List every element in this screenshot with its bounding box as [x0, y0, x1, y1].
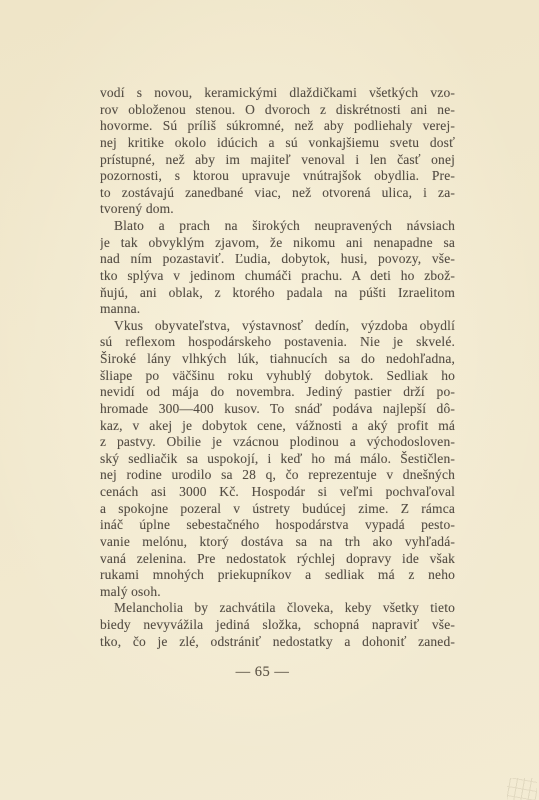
- text-line: hromade 300—400 kusov. To snáď podáva na…: [100, 401, 455, 418]
- text-line: biedy nevyvážila jediná složka, schopná …: [100, 617, 455, 634]
- text-line: kaz, v akej je dobytok cene, vážnosti a …: [100, 418, 455, 435]
- text-line: tvorený dom.: [100, 201, 455, 218]
- text-line: z pastvy. Obilie je vzácnou plodinou a v…: [100, 434, 455, 451]
- text-line: manna.: [100, 301, 455, 318]
- text-line: vodí s novou, keramickými dlaždičkami vš…: [100, 85, 455, 102]
- text-line: vanie melónu, ktorý dostáva sa na trh ak…: [100, 534, 455, 551]
- text-line: nej rodine urodilo sa 28 q, čo reprezent…: [100, 467, 455, 484]
- text-line: Vkus obyvateľstva, výstavnosť dedín, výz…: [100, 318, 455, 335]
- paragraph: Blato a prach na širokých neupravených n…: [100, 218, 455, 318]
- text-line: tko, čo je zlé, odstrániť nedostatky a d…: [100, 634, 455, 651]
- page-number: — 65 —: [85, 664, 440, 681]
- text-line: Blato a prach na širokých neupravených n…: [100, 218, 455, 235]
- text-line: to zostávajú zanedbané viac, než otvoren…: [100, 185, 455, 202]
- text-line: cenách asi 3000 Kč. Hospodár si veľmi po…: [100, 484, 455, 501]
- text-line: vaná zelenina. Pre nedostatok rýchlej do…: [100, 551, 455, 568]
- text-line: ináč úplne sebestačného hospodárstva vyp…: [100, 517, 455, 534]
- text-line: tko splýva v jedinom chumáči prachu. A d…: [100, 268, 455, 285]
- text-line: pozornosti, s ktorou upravuje vnútrajšok…: [100, 168, 455, 185]
- text-line: rov obloženou stenou. O dvoroch z diskré…: [100, 102, 455, 119]
- text-line: hovorme. Sú príliš súkromné, než aby pod…: [100, 118, 455, 135]
- text-line: malý osoh.: [100, 584, 455, 601]
- text-block: vodí s novou, keramickými dlaždičkami vš…: [100, 85, 455, 650]
- paragraph: vodí s novou, keramickými dlaždičkami vš…: [100, 85, 455, 218]
- text-line: ňujú, ani oblak, z ktorého padala na púš…: [100, 285, 455, 302]
- book-page: vodí s novou, keramickými dlaždičkami vš…: [0, 0, 539, 800]
- text-line: nevidí od mája do novembra. Jediný pasti…: [100, 384, 455, 401]
- paragraph: Vkus obyvateľstva, výstavnosť dedín, výz…: [100, 318, 455, 601]
- text-line: ský sedliačik sa uspokojí, i keď ho má m…: [100, 451, 455, 468]
- text-line: rukami mnohých priekupníkov a sedliak má…: [100, 567, 455, 584]
- text-line: nej kritike okolo idúcich a sú vonkajšie…: [100, 135, 455, 152]
- text-line: Melancholia by zachvátila človeka, keby …: [100, 600, 455, 617]
- corner-smudge: [507, 778, 537, 800]
- text-line: prístupné, než aby im majiteľ venoval i …: [100, 152, 455, 169]
- text-line: je tak obvyklým zjavom, že nikomu ani ne…: [100, 235, 455, 252]
- text-line: Široké lány vlhkých lúk, tiahnucích sa d…: [100, 351, 455, 368]
- text-line: sú reflexom hospodárskeho postavenia. Ni…: [100, 334, 455, 351]
- text-line: a spokojne pozeral v ústrety budúcej zim…: [100, 501, 455, 518]
- text-line: nad ním pozastaviť. Ľudia, dobytok, husi…: [100, 251, 455, 268]
- paragraph: Melancholia by zachvátila človeka, keby …: [100, 600, 455, 650]
- text-line: šliape po väčšinu roku vyhublý dobytok. …: [100, 368, 455, 385]
